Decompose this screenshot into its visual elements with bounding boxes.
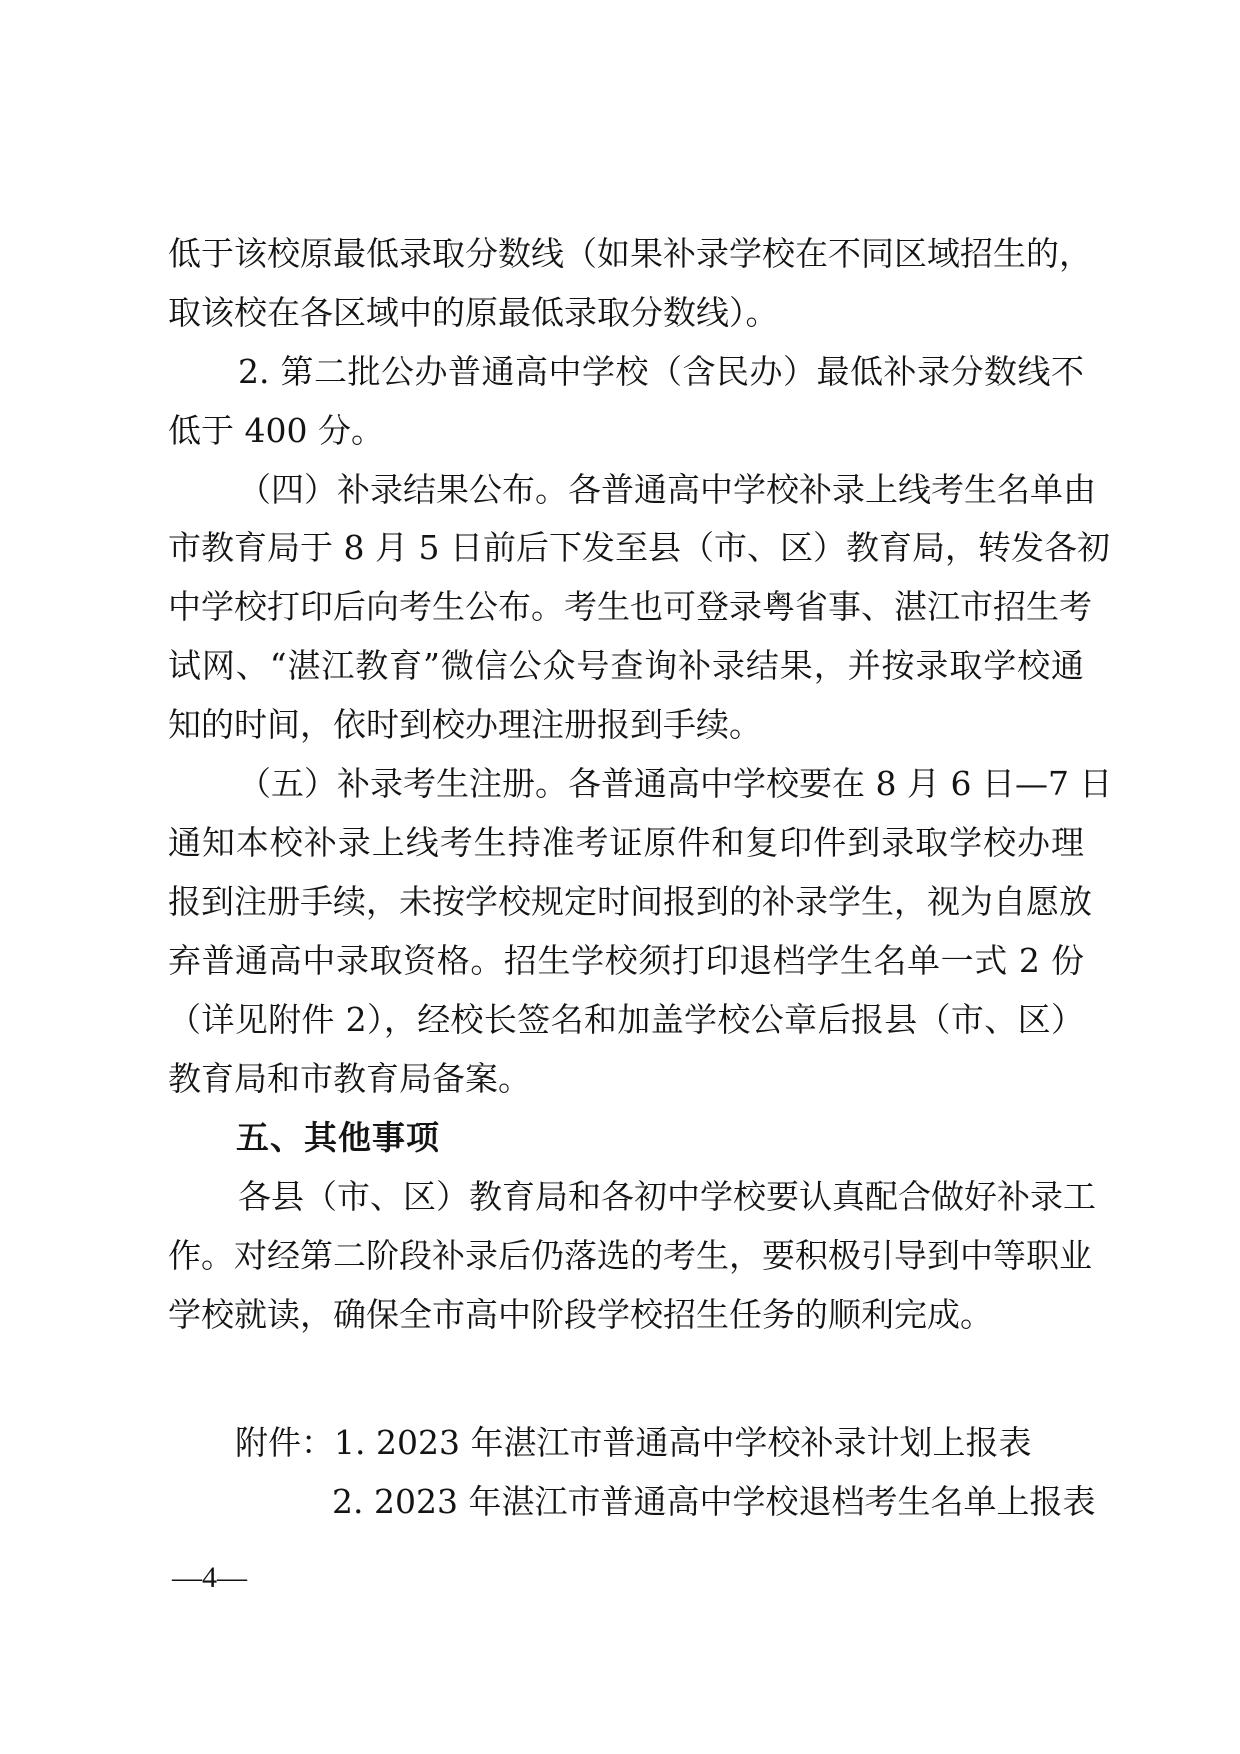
section-5-first-line: （五）补录考生注册。各普通高中学校要在 8 月 6 日—7 日	[238, 764, 1084, 804]
body-text-line: 学校就读，确保全市高中阶段学校招生任务的顺利完成。	[168, 1295, 1084, 1335]
body-text-line: 作。对经第二阶段补录后仍落选的考生，要积极引导到中等职业	[168, 1236, 1084, 1276]
page-number: —4—	[172, 1558, 247, 1598]
section-4-subheading: （四）补录结果公布。	[238, 470, 568, 509]
body-text-line: 报到注册手续，未按学校规定时间报到的补录学生，视为自愿放	[168, 882, 1084, 922]
body-text-line: 弃普通高中录取资格。招生学校须打印退档学生名单一式 2 份	[168, 941, 1084, 981]
body-text-line: 教育局和市教育局备案。	[168, 1059, 1084, 1099]
section-4-first-line: （四）补录结果公布。各普通高中学校补录上线考生名单由	[238, 470, 1084, 510]
attachment-item-2: 2. 2023 年湛江市普通高中学校退档考生名单上报表	[332, 1482, 1084, 1522]
section-heading-other-matters: 五、其他事项	[236, 1118, 440, 1158]
body-text: 各普通高中学校补录上线考生名单由	[568, 470, 1096, 509]
body-text-line: 低于 400 分。	[168, 411, 1084, 451]
body-text-line: 取该校在各区域中的原最低录取分数线）。	[168, 293, 1084, 333]
attachment-title: 1. 2023 年湛江市普通高中学校补录计划上报表	[334, 1423, 1031, 1462]
body-text-line: 中学校打印后向考生公布。考生也可登录粤省事、湛江市招生考	[168, 587, 1084, 627]
section-5-subheading: （五）补录考生注册。	[238, 764, 568, 803]
body-text-line: 知的时间，依时到校办理注册报到手续。	[168, 705, 1084, 745]
body-text-line: 试网、“湛江教育”微信公众号查询补录结果，并按录取学校通	[168, 646, 1084, 686]
body-text: 各普通高中学校要在 8 月 6 日—7 日	[568, 764, 1112, 803]
body-text-line: 各县（市、区）教育局和各初中学校要认真配合做好补录工	[238, 1177, 1084, 1217]
document-page: 低于该校原最低录取分数线（如果补录学校在不同区域招生的， 取该校在各区域中的原最…	[0, 0, 1240, 1754]
body-text-line: 低于该校原最低录取分数线（如果补录学校在不同区域招生的，	[168, 234, 1084, 274]
body-text-line: 市教育局于 8 月 5 日前后下发至县（市、区）教育局，转发各初	[168, 528, 1084, 568]
body-text-line: （详见附件 2），经校长签名和加盖学校公章后报县（市、区）	[168, 1000, 1084, 1040]
body-text-line: 2. 第二批公办普通高中学校（含民办）最低补录分数线不	[238, 352, 1084, 392]
body-text-line: 通知本校补录上线考生持准考证原件和复印件到录取学校办理	[168, 823, 1084, 863]
attachment-label: 附件：	[235, 1423, 334, 1462]
attachment-item-1: 附件：1. 2023 年湛江市普通高中学校补录计划上报表	[235, 1423, 1025, 1463]
